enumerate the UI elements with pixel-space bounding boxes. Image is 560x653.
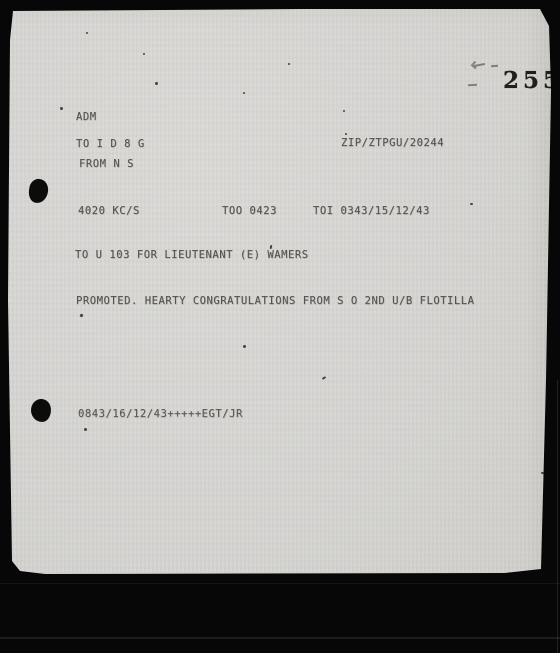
scan-artifact-line xyxy=(0,637,560,639)
paper-speck xyxy=(79,313,83,317)
paper-speck xyxy=(543,522,546,525)
paper-speck xyxy=(84,428,87,431)
paper-speck xyxy=(155,82,158,85)
punch-hole xyxy=(27,178,49,204)
paper-speck xyxy=(288,63,290,65)
paper-speck xyxy=(322,376,326,380)
paper-speck xyxy=(243,92,245,94)
addressee-line: TO U 103 FOR LIEUTENANT (E) WAMERS xyxy=(75,250,309,261)
paper-speck xyxy=(86,32,88,34)
pencil-mark xyxy=(491,65,498,67)
frequency-value: 4020 KC/S xyxy=(78,206,140,217)
sign-off-line: 0843/16/12/43+++++EGT/JR xyxy=(78,409,243,420)
time-of-intercept: TOI 0343/15/12/43 xyxy=(313,206,430,217)
scan-artifact-edge xyxy=(557,380,558,653)
paper-speck xyxy=(60,107,63,110)
pencil-mark xyxy=(468,84,477,86)
from-line: FROM N S xyxy=(79,159,134,170)
folio-page-number: 255 xyxy=(503,69,560,93)
time-of-origin: TOO 0423 xyxy=(222,206,277,217)
paper-speck xyxy=(143,53,145,55)
punch-hole xyxy=(30,398,52,423)
to-line: TO I D 8 G xyxy=(76,139,145,150)
scan-artifact-line xyxy=(0,583,560,584)
paper-speck xyxy=(345,133,347,135)
paper-speck xyxy=(470,203,473,205)
routing-line: ADM xyxy=(76,112,97,123)
paper-speck xyxy=(243,345,246,348)
message-body: PROMOTED. HEARTY CONGRATULATIONS FROM S … xyxy=(76,296,475,307)
telegram-page: ADM TO I D 8 G ZIP/ZTPGU/20244 FROM N S … xyxy=(0,0,560,653)
pencil-arrowhead-mark xyxy=(471,61,479,69)
paper-speck xyxy=(541,472,545,475)
reference-number: ZIP/ZTPGU/20244 xyxy=(341,138,444,149)
paper-speck xyxy=(343,110,345,112)
